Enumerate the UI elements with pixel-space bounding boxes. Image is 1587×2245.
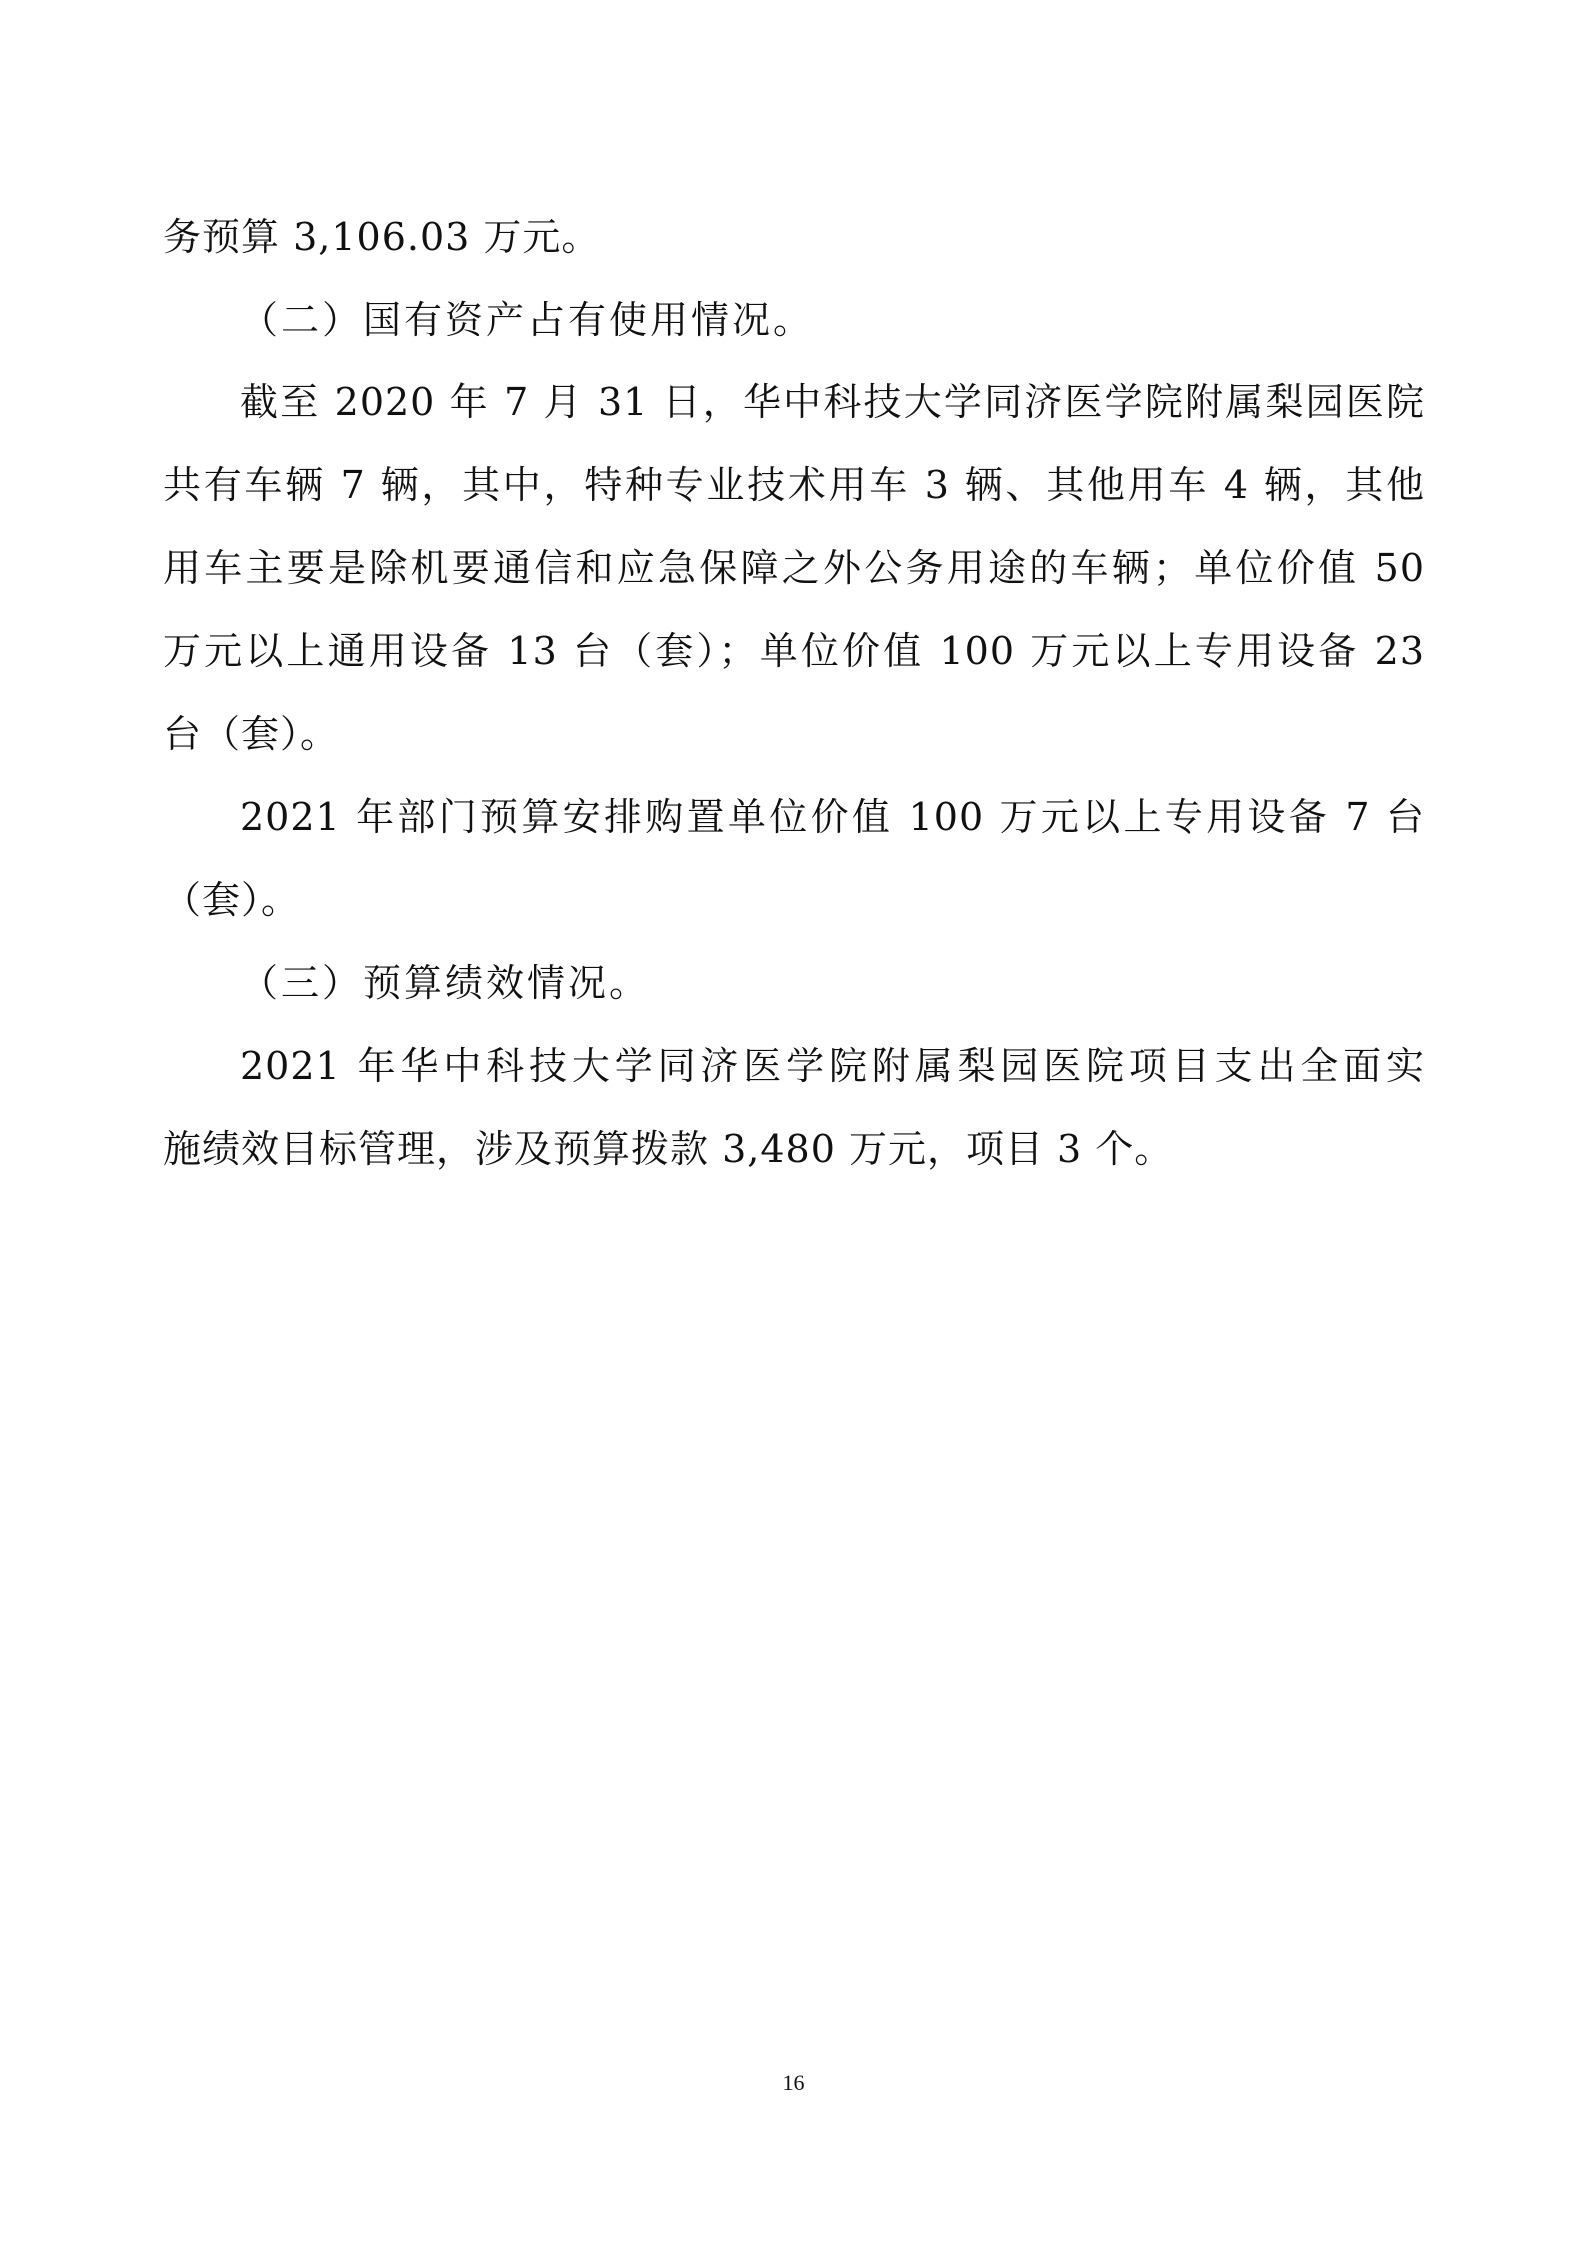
paragraph-line: 用车主要是除机要通信和应急保障之外公务用途的车辆；单位价值 50 <box>163 546 1425 590</box>
paragraph-line: 台（套）。 <box>163 712 1425 756</box>
paragraph-line: 2021 年华中科技大学同济医学院附属梨园医院项目支出全面实 <box>240 1044 1425 1088</box>
section-heading-2: （二）国有资产占有使用情况。 <box>240 298 1502 342</box>
page-number: 16 <box>0 2070 1587 2096</box>
paragraph-line: 截至 2020 年 7 月 31 日，华中科技大学同济医学院附属梨园医院 <box>240 380 1425 424</box>
paragraph-line: 共有车辆 7 辆，其中，特种专业技术用车 3 辆、其他用车 4 辆，其他 <box>163 463 1425 507</box>
paragraph-line: 2021 年部门预算安排购置单位价值 100 万元以上专用设备 7 台 <box>240 795 1425 839</box>
paragraph-line: 万元以上通用设备 13 台（套）；单位价值 100 万元以上专用设备 23 <box>163 629 1425 673</box>
paragraph-line: （套）。 <box>163 878 1425 922</box>
section-heading-3: （三）预算绩效情况。 <box>240 961 1502 1005</box>
paragraph-line: 施绩效目标管理，涉及预算拨款 3,480 万元，项目 3 个。 <box>163 1127 1425 1171</box>
paragraph-line: 务预算 3,106.03 万元。 <box>163 215 1425 259</box>
